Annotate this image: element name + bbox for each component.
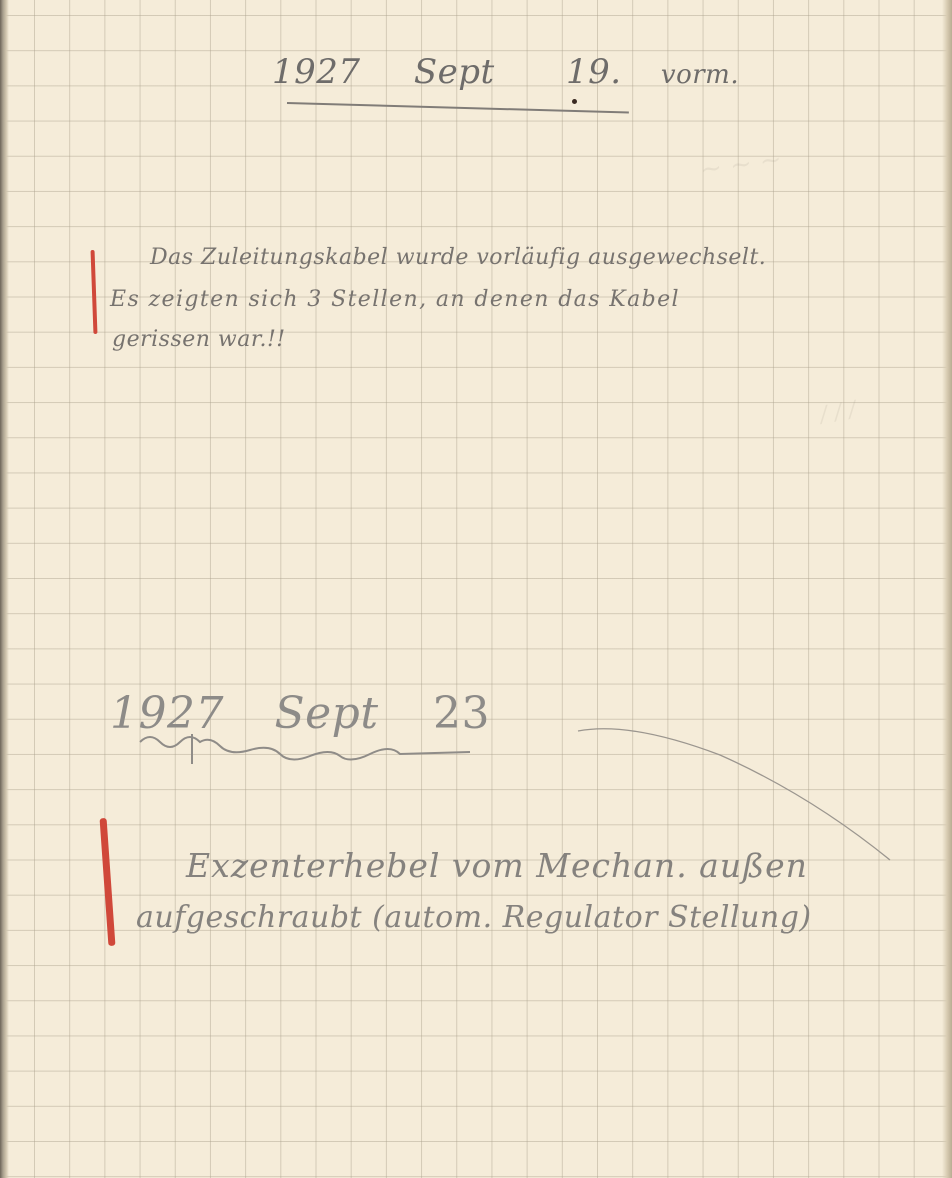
entry-1-month: Sept — [414, 52, 495, 92]
entry-1-date-heading: 1927 Sept 19. vorm. — [272, 52, 739, 92]
entry-2-line-1: Exzenterhebel vom Mechan. außen — [186, 838, 808, 894]
entry-1-heading-underline — [287, 102, 629, 114]
entry-1-year: 1927 — [272, 52, 361, 92]
bleed-through-marks: / / / — [818, 397, 858, 428]
entry-1-time-of-day: vorm. — [661, 60, 739, 90]
entry-1-day: 19. — [566, 52, 622, 92]
entry-2-line-2: aufgeschraubt (autom. Regulator Stellung… — [136, 890, 812, 946]
entry-1-line-1: Das Zuleitungskabel wurde vorläufig ausg… — [150, 240, 766, 276]
entry-1-line-2: Es zeigten sich 3 Stellen, an denen das … — [110, 282, 680, 318]
page-right-edge-shadow — [942, 0, 952, 1178]
red-margin-mark — [91, 250, 98, 334]
page-binding-edge — [0, 0, 9, 1178]
notebook-page: ~ ~ ~ / / / 1927 Sept 19. vorm. Das Zule… — [0, 0, 952, 1178]
red-margin-mark — [100, 818, 116, 946]
entry-1-line-3: gerissen war.!! — [112, 322, 286, 358]
bleed-through-marks: ~ ~ ~ — [698, 144, 783, 185]
entry-2-wavy-underline — [140, 732, 480, 772]
ink-dot — [572, 99, 577, 104]
